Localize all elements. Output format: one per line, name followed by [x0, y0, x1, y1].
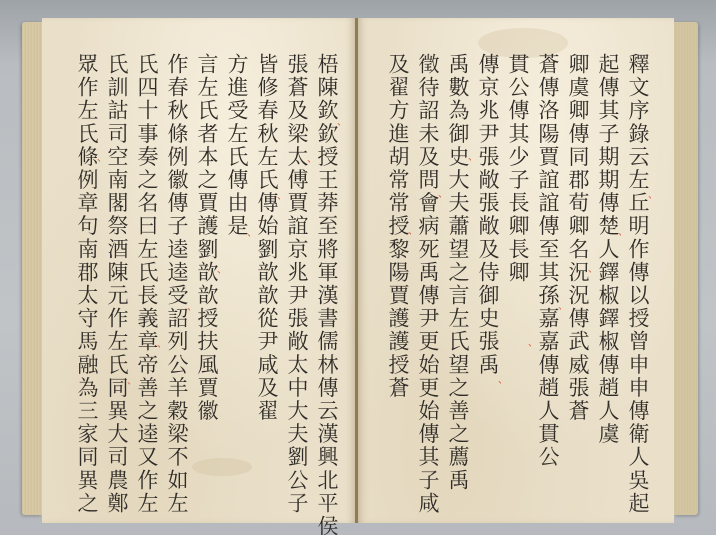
red-punctuation-mark: 、	[438, 185, 448, 200]
column-text: 卿虞卿傳同郡荀卿名況況傳武威張蒼	[566, 53, 590, 423]
left-page: 梧陳欽欽授王莽至將軍漢書儒林傳云漢興北平侯 、 張蒼及梁太傅賈誼京兆尹張敞太中大…	[42, 18, 355, 523]
red-punctuation-mark: 、	[618, 223, 628, 238]
column-text: 皆修春秋左氏傳始劉歆歆從尹咸及翟	[255, 53, 279, 423]
red-punctuation-mark: 、	[468, 148, 478, 163]
text-column: 禹數為御史大夫蕭望之言左氏望之善之薦禹 、	[444, 53, 474, 473]
red-punctuation-mark: 、	[588, 260, 598, 275]
text-column: 皆修春秋左氏傳始劉歆歆從尹咸及翟 、	[253, 53, 283, 473]
column-text: 徵待詔未及問會病死禹傳尹更始更始傳其子咸	[416, 53, 440, 515]
red-punctuation-mark: 、	[408, 222, 418, 237]
column-text: 及翟方進胡常常授黎陽賈護護授蒼	[386, 53, 410, 400]
column-text: 作春秋條例徽傳子逵逵受詔列公羊穀梁不如左	[165, 53, 189, 515]
red-punctuation-mark: 、	[127, 372, 137, 387]
red-punctuation-mark: 、	[528, 334, 538, 349]
red-punctuation-mark: 、	[97, 149, 107, 164]
text-column: 氏四十事奏之名曰左氏長義章帝善之逵又作左 、	[133, 53, 163, 473]
text-column: 卿虞卿傳同郡荀卿名況況傳武威張蒼 、	[564, 53, 594, 473]
red-punctuation-mark: 、	[498, 371, 508, 386]
column-text: 禹數為御史大夫蕭望之言左氏望之善之薦禹	[446, 53, 470, 492]
text-column: 起傳其子期期傳楚人鐸椒鐸椒傳趙人虞 、	[594, 53, 624, 473]
column-text: 氏四十事奏之名曰左氏長義章帝善之逵又作左	[135, 53, 159, 515]
text-column: 徵待詔未及問會病死禹傳尹更始更始傳其子咸 、	[414, 53, 444, 473]
text-column: 眾作左氏條例章句南郡太守馬融為三家同異之 、	[73, 53, 103, 473]
column-text: 貫公傳其少子長卿長卿	[506, 53, 530, 284]
text-column: 梧陳欽欽授王莽至將軍漢書儒林傳云漢興北平侯 、	[313, 53, 343, 473]
red-punctuation-mark: 、	[277, 187, 287, 202]
red-punctuation-mark: 、	[558, 297, 568, 312]
column-text: 傳京兆尹張敞張敞及侍御史張禹	[476, 53, 500, 376]
text-column: 及翟方進胡常常授黎陽賈護護授蒼 、	[384, 53, 414, 473]
column-text: 眾作左氏條例章句南郡太守馬融為三家同異之	[75, 53, 99, 515]
column-text: 言左氏者本之賈護劉歆歆授扶風賈徽	[195, 53, 219, 423]
red-punctuation-mark: 、	[337, 113, 347, 128]
column-text: 梧陳欽欽授王莽至將軍漢書儒林傳云漢興北平侯	[315, 53, 339, 535]
page-edges-right	[674, 22, 698, 515]
right-page-text-columns: 釋文序錄云左丘明作傳以授曾申申傳衛人吳起 、 起傳其子期期傳楚人鐸椒鐸椒傳趙人虞…	[384, 53, 654, 473]
text-column: 傳京兆尹張敞張敞及侍御史張禹 、	[474, 53, 504, 473]
red-punctuation-mark: 、	[307, 150, 317, 165]
right-page: 釋文序錄云左丘明作傳以授曾申申傳衛人吳起 、 起傳其子期期傳楚人鐸椒鐸椒傳趙人虞…	[358, 18, 674, 523]
red-punctuation-mark: 、	[157, 335, 167, 350]
column-text: 蒼傳洛陽賈誼誼傳至其孫嘉嘉傳趙人貫公	[536, 53, 560, 469]
left-page-text-columns: 梧陳欽欽授王莽至將軍漢書儒林傳云漢興北平侯 、 張蒼及梁太傅賈誼京兆尹張敞太中大…	[73, 53, 343, 473]
text-column: 蒼傳洛陽賈誼誼傳至其孫嘉嘉傳趙人貫公 、	[534, 53, 564, 473]
column-text: 方進受左氏傳由是	[225, 53, 249, 238]
text-column: 張蒼及梁太傅賈誼京兆尹張敞太中大夫劉公子 、	[283, 53, 313, 473]
red-punctuation-mark: 、	[187, 298, 197, 313]
text-column: 方進受左氏傳由是 、	[223, 53, 253, 473]
column-text: 張蒼及梁太傅賈誼京兆尹張敞太中大夫劉公子	[285, 53, 309, 515]
red-punctuation-mark: 、	[648, 186, 658, 201]
text-column: 貫公傳其少子長卿長卿 、	[504, 53, 534, 473]
text-column: 氏訓詁司空南閣祭酒陳元作左氏同異大司農鄭 、	[103, 53, 133, 473]
red-punctuation-mark: 、	[247, 224, 257, 239]
text-column: 釋文序錄云左丘明作傳以授曾申申傳衛人吳起 、	[624, 53, 654, 473]
red-punctuation-mark: 、	[217, 261, 227, 276]
text-column: 作春秋條例徽傳子逵逵受詔列公羊穀梁不如左 、	[163, 53, 193, 473]
column-text: 釋文序錄云左丘明作傳以授曾申申傳衛人吳起	[626, 53, 650, 515]
text-column: 言左氏者本之賈護劉歆歆授扶風賈徽 、	[193, 53, 223, 473]
column-text: 氏訓詁司空南閣祭酒陳元作左氏同異大司農鄭	[105, 53, 129, 515]
column-text: 起傳其子期期傳楚人鐸椒鐸椒傳趙人虞	[596, 53, 620, 446]
page-edges-left	[22, 22, 42, 515]
open-book: 梧陳欽欽授王莽至將軍漢書儒林傳云漢興北平侯 、 張蒼及梁太傅賈誼京兆尹張敞太中大…	[22, 18, 698, 523]
